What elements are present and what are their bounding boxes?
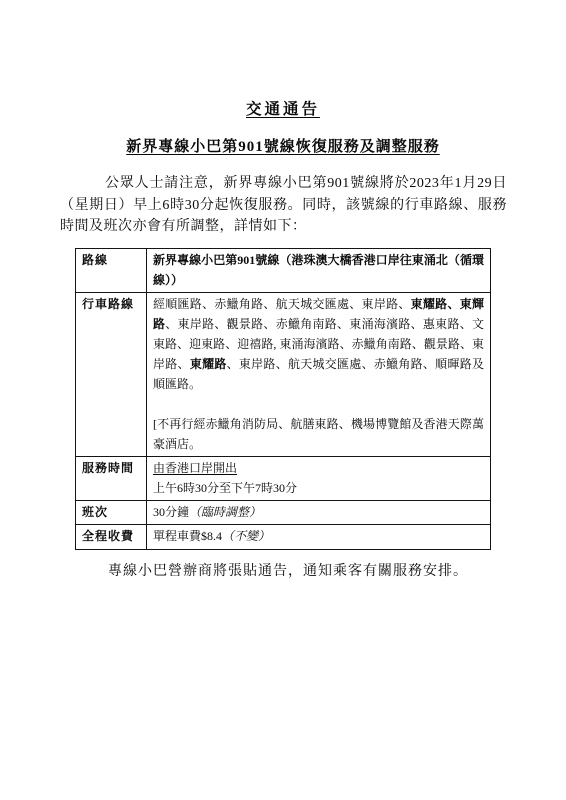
fare-value: 單程車費$8.4 xyxy=(153,529,222,543)
table-row-fare: 全程收費 單程車費$8.4（不變） xyxy=(76,524,491,549)
footer-paragraph: 專線小巴營辦商將張貼通告，通知乘客有關服務安排。 xyxy=(60,561,507,583)
routing-value-cell: 經順匯路、赤鱲角路、航天城交匯處、東岸路、東耀路、東輝路、東岸路、觀景路、赤鱲角… xyxy=(147,292,491,456)
route-label-cell: 路線 xyxy=(76,248,147,292)
service-notice-table: 路線 新界專線小巴第901號線（港珠澳大橋香港口岸往東涌北（循環線）） 行車路線… xyxy=(75,248,491,550)
table-row-routing: 行車路線 經順匯路、赤鱲角路、航天城交匯處、東岸路、東耀路、東輝路、東岸路、觀景… xyxy=(76,292,491,456)
fare-value-cell: 單程車費$8.4（不變） xyxy=(147,524,491,549)
notice-title: 交通通告 xyxy=(0,0,566,119)
table-row-route: 路線 新界專線小巴第901號線（港珠澳大橋香港口岸往東涌北（循環線）） xyxy=(76,248,491,292)
routing-label-cell: 行車路線 xyxy=(76,292,147,456)
notice-page: 交通通告 新界專線小巴第901號線恢復服務及調整服務 公眾人士請注意，新界專線小… xyxy=(0,0,566,800)
service-hours-times: 上午6時30分至下午7時30分 xyxy=(153,478,484,498)
frequency-value-cell: 30分鐘（臨時調整） xyxy=(147,500,491,524)
fare-remark: （不變） xyxy=(222,529,270,543)
service-hours-origin: 由香港口岸開出 xyxy=(153,458,484,478)
routing-segment: 經順匯路、赤鱲角路、航天城交匯處、東岸路、 xyxy=(153,297,411,311)
frequency-value: 30分鐘 xyxy=(153,505,189,519)
frequency-label-cell: 班次 xyxy=(76,500,147,524)
service-hours-value-cell: 由香港口岸開出 上午6時30分至下午7時30分 xyxy=(147,456,491,500)
routing-path-text: 經順匯路、赤鱲角路、航天城交匯處、東岸路、東耀路、東輝路、東岸路、觀景路、赤鱲角… xyxy=(153,294,484,394)
table-row-service-hours: 服務時間 由香港口岸開出 上午6時30分至下午7時30分 xyxy=(76,456,491,500)
routing-segment-bold: 東耀路 xyxy=(190,357,227,371)
service-hours-label-cell: 服務時間 xyxy=(76,456,147,500)
notice-subtitle: 新界專線小巴第901號線恢復服務及調整服務 xyxy=(0,135,566,156)
route-value-cell: 新界專線小巴第901號線（港珠澳大橋香港口岸往東涌北（循環線）） xyxy=(147,248,491,292)
routing-exclusion-note: [不再行經赤鱲角消防局、航膳東路、機場博覽館及香港天際萬豪酒店。 xyxy=(153,414,484,454)
frequency-remark: （臨時調整） xyxy=(189,505,261,519)
fare-label-cell: 全程收費 xyxy=(76,524,147,549)
table-row-frequency: 班次 30分鐘（臨時調整） xyxy=(76,500,491,524)
intro-paragraph: 公眾人士請注意，新界專線小巴第901號線將於2023年1月29日（星期日）早上6… xyxy=(60,173,507,238)
